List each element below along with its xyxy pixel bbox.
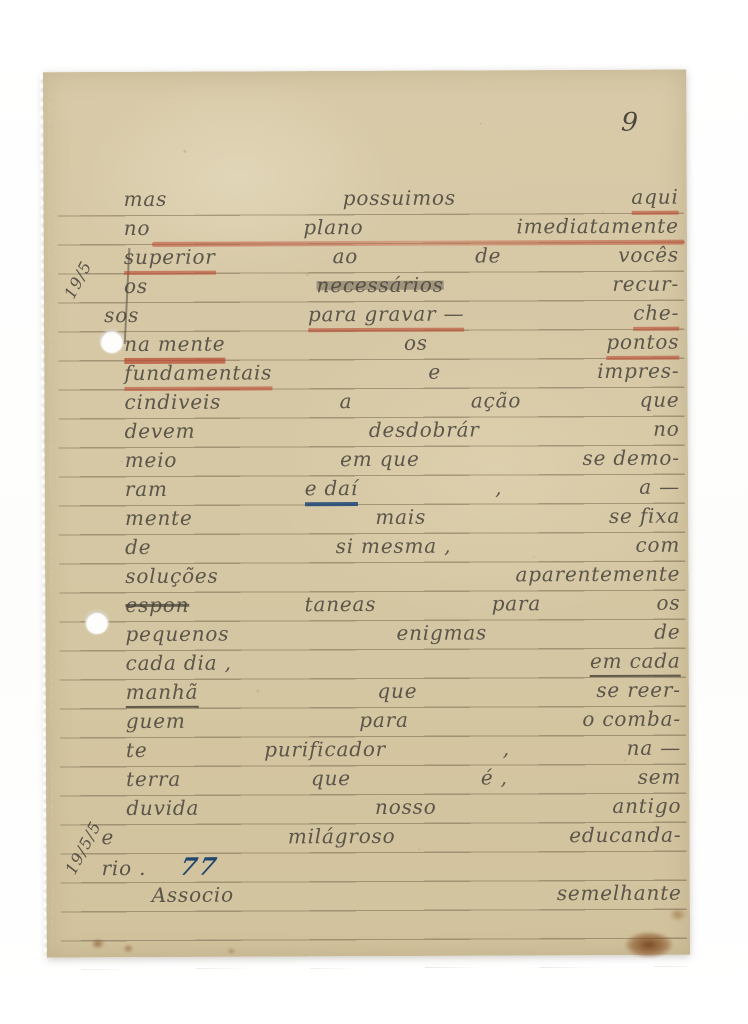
perforated-edge (40, 72, 53, 957)
manuscript-line: mentemaisse fixa (125, 503, 680, 534)
manuscript-word: milágroso (288, 823, 396, 850)
stain-right-edge (669, 908, 687, 922)
manuscript-line: desi mesma ,com (125, 532, 680, 563)
manuscript-word: imediatamente (516, 213, 678, 241)
manuscript-word: pontos (606, 329, 679, 360)
manuscript-word: ação (471, 387, 521, 414)
manuscript-line: fundamentaiseimpres- (124, 358, 679, 389)
manuscript-line: meioem quese demo- (125, 445, 680, 476)
manuscript-word: para (359, 707, 409, 734)
manuscript-word: recur- (612, 271, 679, 298)
manuscript-word: de (475, 242, 501, 269)
manuscript-line: terraqueé ,sem (126, 764, 681, 795)
manuscript-word: se reer- (596, 677, 681, 704)
manuscript-word: sos (104, 302, 139, 329)
manuscript-line: espontaneasparaos (125, 590, 680, 621)
punch-hole-bottom (85, 611, 108, 634)
manuscript-word: manhã (126, 679, 199, 708)
manuscript-line: soluçõesaparentemente (125, 561, 680, 592)
manuscript-word: ao (332, 243, 358, 270)
manuscript-word: na — (627, 735, 681, 762)
manuscript-line: Associosemelhante (152, 880, 682, 911)
manuscript-word: ram (125, 476, 168, 503)
manuscript-line: duvidanossoantigo (126, 793, 681, 824)
manuscript-word: no (124, 215, 151, 242)
manuscript-word: e (101, 824, 114, 851)
manuscript-word: mais (375, 504, 426, 531)
manuscript-word: possuimos (343, 185, 456, 212)
manuscript-word: soluções (125, 563, 218, 590)
manuscript-word: cada dia , (126, 650, 232, 677)
stain-bottom-right (625, 932, 673, 958)
stain-bottom-left-a (91, 938, 105, 949)
manuscript-line: guemparao comba- (126, 706, 681, 737)
blue-ink-mark: 77 (177, 853, 220, 880)
manuscript-word: enigmas (396, 619, 487, 646)
manuscript-word: fundamentais (124, 359, 272, 391)
manuscript-line: manhãquese reer- (126, 677, 681, 708)
manuscript-word: o comba- (582, 706, 681, 733)
manuscript-word: educanda- (569, 822, 681, 849)
manuscript-line: sospara gravar —che- (104, 300, 679, 332)
manuscript-word: semelhante (557, 880, 682, 908)
manuscript-word: , (503, 735, 510, 762)
manuscript-word: e daí (305, 475, 358, 506)
manuscript-word: nosso (375, 794, 437, 821)
manuscript-word: que (640, 387, 680, 414)
manuscript-word: se fixa (609, 503, 680, 530)
manuscript-line: noplanoimediatamente (124, 213, 679, 244)
photo-background: 9 19/5 19/5/5 maspossuimosaquinoplanoime… (0, 0, 748, 1024)
manuscript-word: vocês (618, 242, 679, 269)
page-number: 9 (620, 107, 638, 138)
manuscript-word: , (495, 474, 502, 501)
manuscript-word: pequenos (125, 621, 229, 648)
manuscript-word: Associo (152, 882, 234, 909)
manuscript-line: rame daí,a — (125, 474, 680, 505)
manuscript-word: te (126, 737, 148, 764)
manuscript-word: com (635, 532, 680, 559)
manuscript-word: duvida (126, 795, 199, 822)
stain-bottom-left-b (123, 944, 134, 953)
manuscript-word: a (340, 388, 353, 415)
manuscript-line: pequenosenigmasde (125, 619, 680, 650)
manuscript-word: superior (124, 244, 216, 275)
manuscript-word: che- (633, 300, 679, 331)
manuscript-word: sem (638, 764, 682, 791)
manuscript-text: maspossuimosaquinoplanoimediatamentesupe… (124, 184, 682, 911)
manuscript-word: devem (125, 418, 196, 445)
manuscript-line: tepurificador,na — (126, 735, 681, 766)
manuscript-word: que (377, 678, 417, 705)
manuscript-word: para gravar — (308, 301, 465, 333)
manuscript-word: meio (125, 447, 178, 474)
manuscript-word: de (654, 619, 680, 646)
manuscript-word: si mesma , (336, 533, 452, 561)
manuscript-line: superioraodevocês (124, 242, 679, 273)
stain-bottom-center (227, 948, 236, 955)
manuscript-word: mas (124, 186, 168, 213)
manuscript-word: de (125, 534, 151, 561)
manuscript-word: cindiveis (124, 389, 221, 416)
manuscript-line: devemdesdobrárno (125, 416, 680, 447)
manuscript-word: os (656, 590, 680, 617)
manuscript-word: plano (303, 214, 363, 241)
manuscript-line: cindiveisaaçãoque (124, 387, 679, 418)
manuscript-word: a — (639, 474, 680, 501)
manuscript-word: purificador (264, 736, 386, 764)
manuscript-word: guem (126, 708, 186, 735)
manuscript-word: impres- (597, 358, 679, 385)
manuscript-line: emilágrosoeducanda- (101, 822, 681, 854)
manuscript-word: aqui (631, 184, 678, 215)
manuscript-word: em que (340, 446, 420, 473)
manuscript-word: no (653, 416, 680, 443)
manuscript-word: desdobrár (369, 417, 480, 444)
manuscript-word: que (311, 765, 351, 792)
manuscript-line: cada dia ,em cada (126, 648, 681, 679)
manuscript-word: terra (126, 766, 181, 793)
manuscript-word: para (492, 590, 542, 617)
manuscript-line: osnecessáriosrecur- (124, 271, 679, 302)
manuscript-line: na menteospontos (124, 329, 679, 360)
manuscript-word: os (404, 330, 428, 357)
manuscript-word: aparentemente (515, 561, 680, 589)
manuscript-word: em cada (590, 648, 681, 677)
manuscript-word: e (428, 359, 441, 386)
manuscript-word: se demo- (582, 445, 679, 472)
manuscript-word: rio . (101, 855, 146, 882)
paper-sheet: 9 19/5 19/5/5 maspossuimosaquinoplanoime… (43, 70, 690, 958)
manuscript-word: os (124, 273, 148, 300)
manuscript-word: é , (481, 764, 508, 791)
manuscript-line: maspossuimosaqui (124, 184, 679, 215)
manuscript-word: mente (125, 505, 193, 532)
punch-hole-top (100, 330, 123, 353)
manuscript-word: taneas (305, 591, 377, 618)
manuscript-word: espon (125, 592, 189, 619)
manuscript-line: rio .77 (101, 851, 681, 883)
manuscript-word: antigo (612, 793, 681, 820)
manuscript-word: necessários (316, 272, 443, 300)
